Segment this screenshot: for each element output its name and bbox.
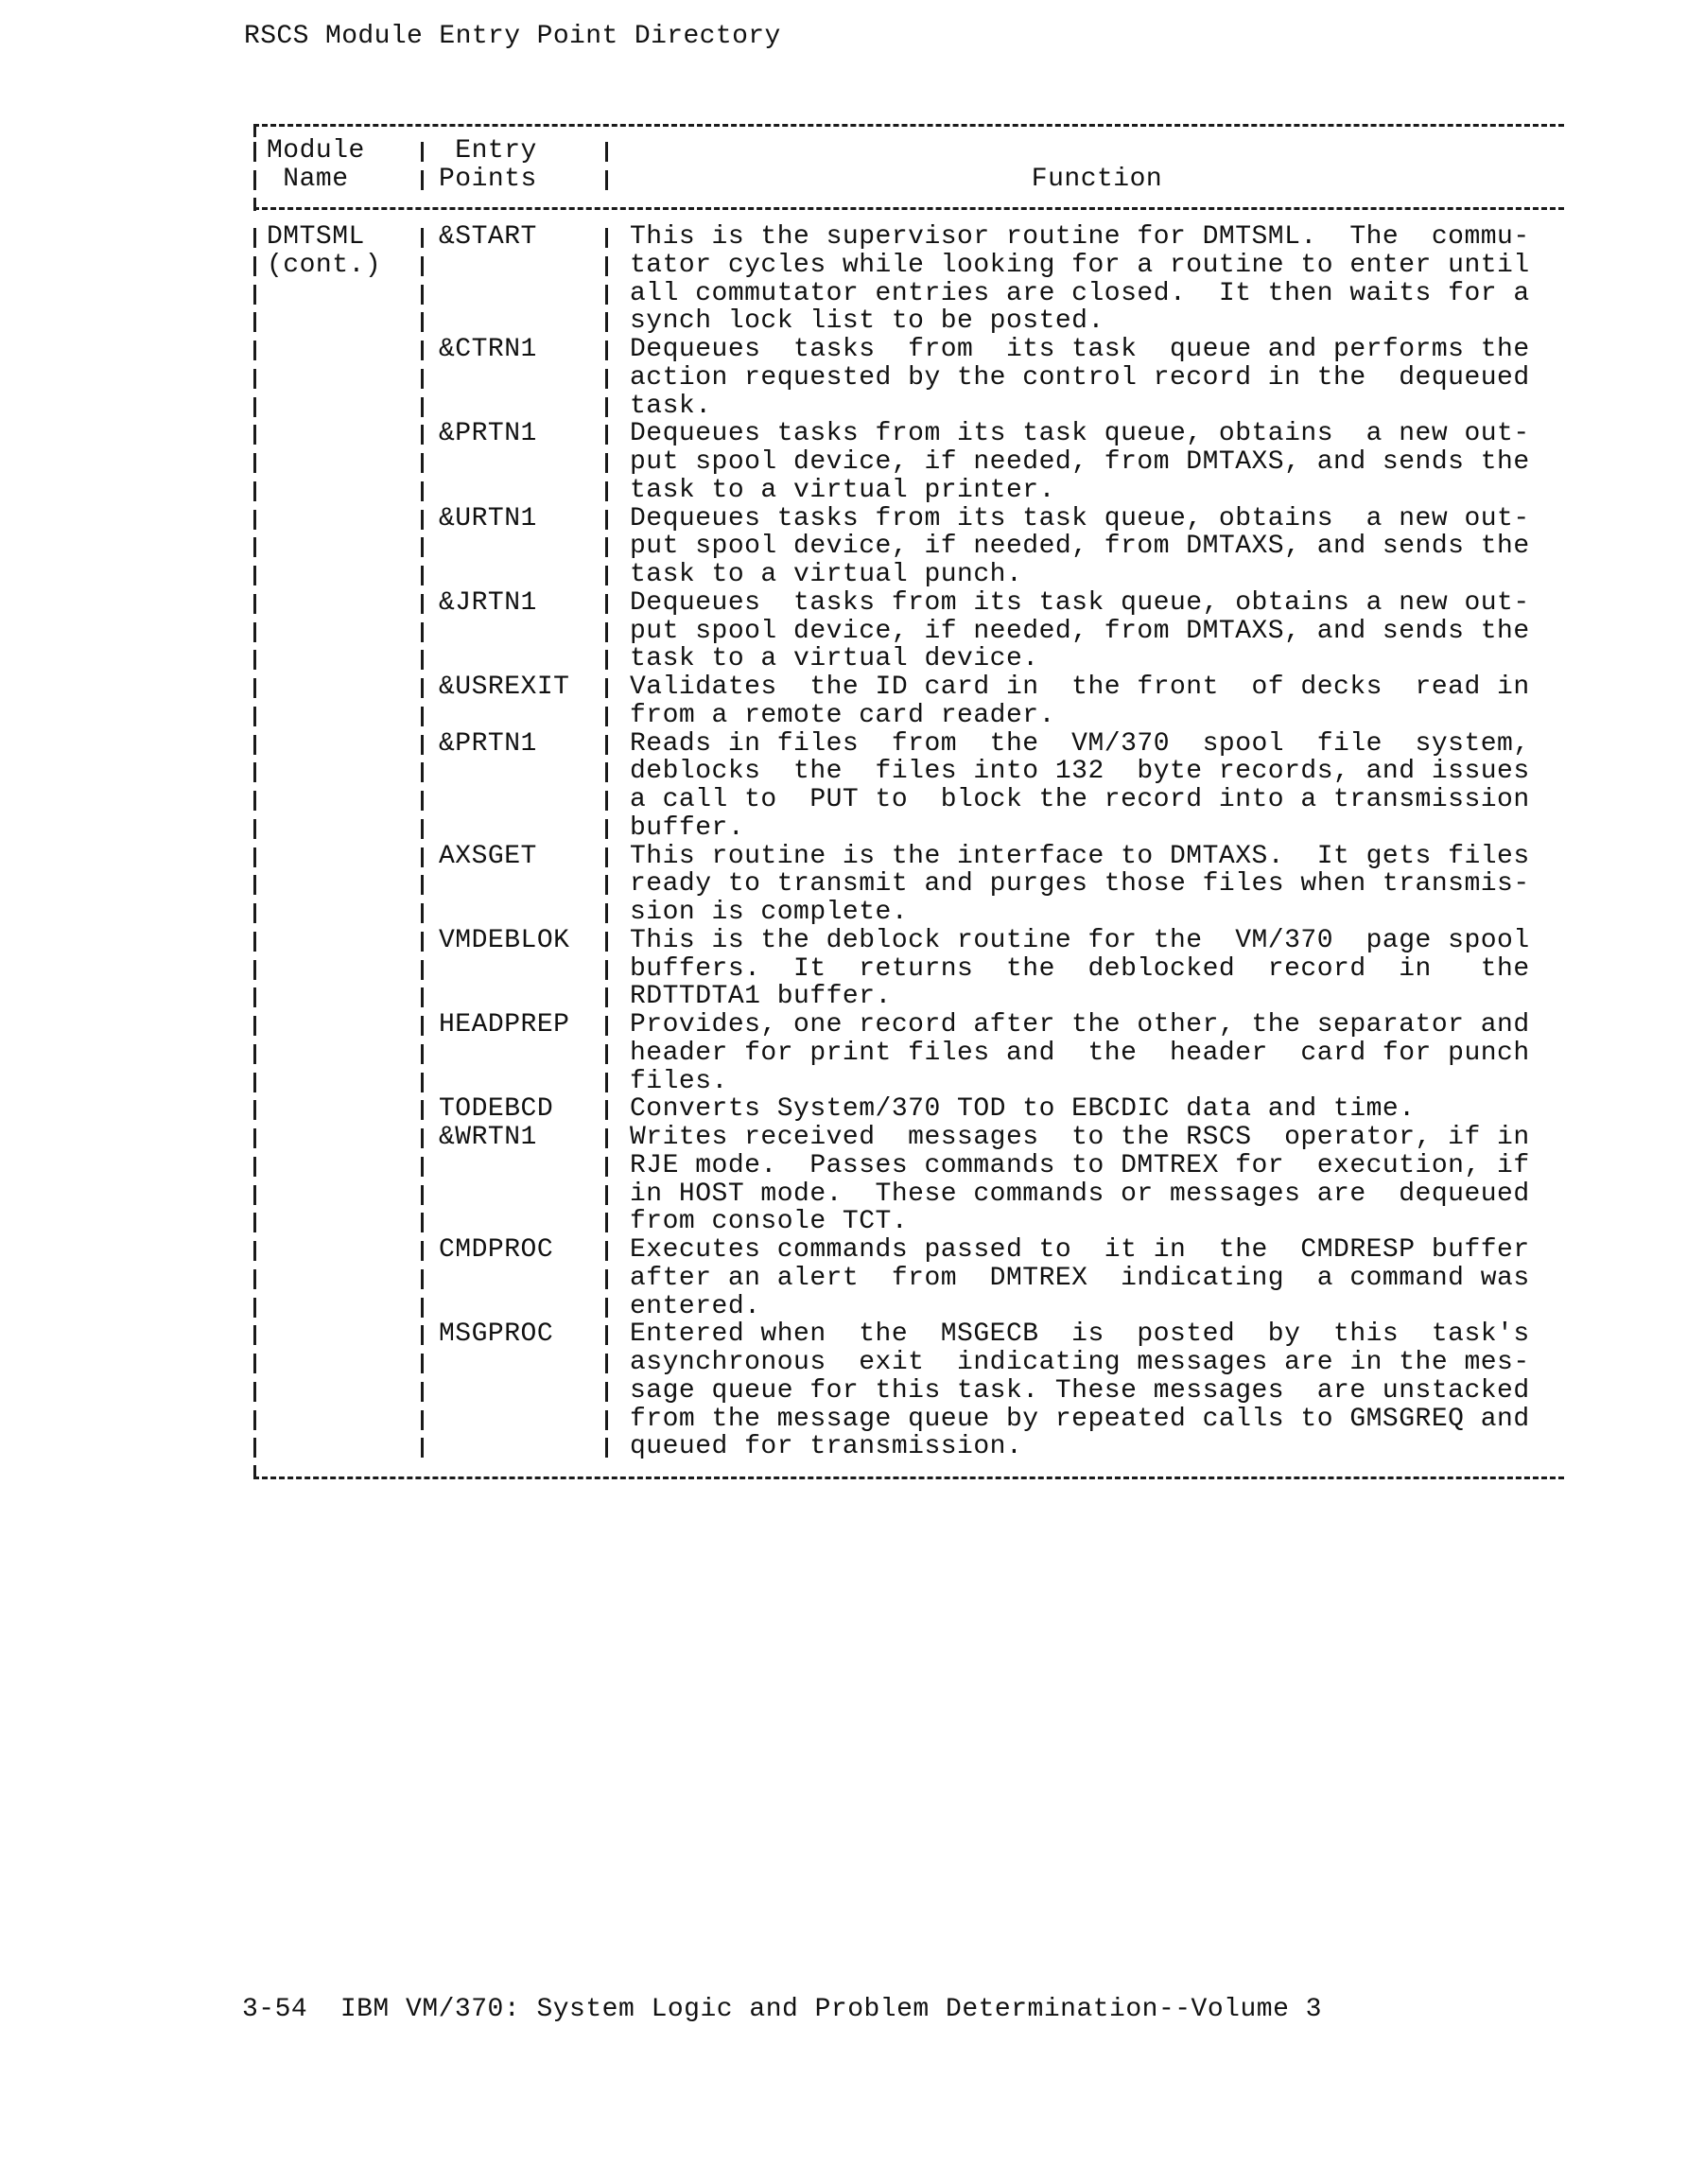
function-text-cell: Reads in files from the VM/370 spool fil… (630, 730, 1530, 759)
column-divider (421, 650, 424, 670)
column-divider (421, 170, 424, 190)
column-divider (253, 1410, 256, 1430)
column-divider (605, 650, 608, 670)
column-divider (605, 481, 608, 501)
column-divider (605, 791, 608, 811)
column-divider (421, 285, 424, 305)
table-row: task to a virtual printer. (253, 477, 1564, 505)
column-divider (421, 791, 424, 811)
column-divider (421, 1325, 424, 1345)
function-text-cell: Writes received messages to the RSCS ope… (630, 1124, 1530, 1152)
table-row: task. (253, 393, 1564, 421)
column-divider (605, 341, 608, 360)
table-row: CMDPROCExecutes commands passed to it in… (253, 1236, 1564, 1265)
column-divider (253, 453, 256, 473)
column-divider (253, 1354, 256, 1373)
function-text-cell: from the message queue by repeated calls… (630, 1406, 1530, 1434)
column-divider (421, 537, 424, 557)
table-row: from a remote card reader. (253, 702, 1564, 730)
entry-point-cell: MSGPROC (439, 1320, 553, 1349)
table-row: a call to PUT to block the record into a… (253, 786, 1564, 814)
column-divider (421, 142, 424, 162)
column-divider (605, 1073, 608, 1092)
column-divider (421, 369, 424, 389)
column-divider (605, 285, 608, 305)
column-divider (253, 1044, 256, 1064)
function-text-cell: all commutator entries are closed. It th… (630, 280, 1530, 308)
function-text-cell: buffers. It returns the deblocked record… (630, 955, 1530, 984)
column-divider (605, 1157, 608, 1177)
column-divider (253, 1128, 256, 1148)
function-text-cell: sion is complete. (630, 899, 908, 927)
header-function: Function (630, 166, 1564, 194)
function-text-cell: from console TCT. (630, 1208, 908, 1236)
column-divider (253, 1382, 256, 1402)
function-text-cell: Converts System/370 TOD to EBCDIC data a… (630, 1095, 1416, 1124)
table-row: &CTRN1Dequeues tasks from its task queue… (253, 336, 1564, 364)
function-text-cell: RJE mode. Passes commands to DMTREX for … (630, 1152, 1530, 1180)
entry-point-cell: &URTN1 (439, 505, 537, 533)
entry-point-cell: &JRTN1 (439, 589, 537, 618)
table-row: MSGPROCEntered when the MSGECB is posted… (253, 1320, 1564, 1349)
function-text-cell: This routine is the interface to DMTAXS.… (630, 843, 1530, 871)
column-divider (421, 1410, 424, 1430)
column-divider (421, 312, 424, 332)
module-name-cell: DMTSML (267, 223, 365, 252)
column-divider (421, 1438, 424, 1458)
column-divider (253, 1100, 256, 1120)
function-text-cell: a call to PUT to block the record into a… (630, 786, 1530, 814)
table-row: TODEBCDConverts System/370 TOD to EBCDIC… (253, 1095, 1564, 1124)
column-divider (253, 1213, 256, 1232)
column-divider (605, 1044, 608, 1064)
column-divider (605, 622, 608, 642)
table-row: deblocks the files into 132 byte records… (253, 758, 1564, 786)
entry-point-cell: &USREXIT (439, 673, 569, 702)
column-divider (253, 987, 256, 1007)
column-divider (605, 678, 608, 698)
column-divider (253, 256, 256, 276)
function-text-cell: sage queue for this task. These messages… (630, 1377, 1530, 1406)
column-divider (605, 903, 608, 923)
column-divider (421, 453, 424, 473)
table-row: files. (253, 1068, 1564, 1096)
column-divider (605, 1016, 608, 1036)
column-divider (605, 537, 608, 557)
column-divider (253, 1185, 256, 1205)
table-row: sion is complete. (253, 899, 1564, 927)
column-divider (605, 594, 608, 614)
column-divider (605, 397, 608, 417)
function-text-cell: Provides, one record after the other, th… (630, 1011, 1530, 1040)
column-divider (253, 170, 256, 190)
table-row: ready to transmit and purges those files… (253, 870, 1564, 899)
column-divider (253, 537, 256, 557)
column-divider (605, 1354, 608, 1373)
function-text-cell: asynchronous exit indicating messages ar… (630, 1349, 1530, 1377)
column-divider (253, 903, 256, 923)
table-row: DMTSML&STARTThis is the supervisor routi… (253, 223, 1564, 252)
table-row: task to a virtual punch. (253, 561, 1564, 589)
page-footer: 3-54 IBM VM/370: System Logic and Proble… (242, 1996, 1322, 2024)
column-divider (421, 735, 424, 755)
column-divider (253, 481, 256, 501)
table-row: entered. (253, 1293, 1564, 1321)
column-divider (605, 1410, 608, 1430)
header-separator (253, 207, 1564, 210)
table-row: action requested by the control record i… (253, 364, 1564, 393)
column-divider (421, 1100, 424, 1120)
column-divider (253, 369, 256, 389)
entry-point-cell: AXSGET (439, 843, 537, 871)
function-text-cell: Validates the ID card in the front of de… (630, 673, 1530, 702)
column-divider (605, 170, 608, 190)
column-divider (421, 847, 424, 867)
function-text-cell: task to a virtual printer. (630, 477, 1055, 505)
function-text-cell: ready to transmit and purges those files… (630, 870, 1530, 899)
column-divider (421, 341, 424, 360)
column-divider (253, 819, 256, 839)
entry-point-cell: TODEBCD (439, 1095, 553, 1124)
column-divider (253, 791, 256, 811)
table-row: put spool device, if needed, from DMTAXS… (253, 448, 1564, 477)
column-divider (253, 875, 256, 895)
table-row: put spool device, if needed, from DMTAXS… (253, 533, 1564, 561)
table-row: from console TCT. (253, 1208, 1564, 1236)
column-divider (253, 1325, 256, 1345)
function-text-cell: put spool device, if needed, from DMTAXS… (630, 618, 1530, 646)
table-row: after an alert from DMTREX indicating a … (253, 1265, 1564, 1293)
table-row: &PRTN1Reads in files from the VM/370 spo… (253, 730, 1564, 759)
table-row: header for print files and the header ca… (253, 1040, 1564, 1068)
column-divider (421, 1073, 424, 1092)
column-divider (421, 1269, 424, 1289)
column-divider (605, 1241, 608, 1261)
column-divider (421, 397, 424, 417)
column-divider (605, 228, 608, 248)
table-row: AXSGETThis routine is the interface to D… (253, 843, 1564, 871)
function-text-cell: Dequeues tasks from its task queue, obta… (630, 505, 1530, 533)
column-divider (253, 510, 256, 530)
entry-point-cell: &PRTN1 (439, 730, 537, 759)
entry-point-cell: VMDEBLOK (439, 927, 569, 955)
header-entry-line1: Entry (439, 137, 537, 166)
table-row: (cont.)tator cycles while looking for a … (253, 252, 1564, 280)
function-text-cell: This is the deblock routine for the VM/3… (630, 927, 1530, 955)
function-text-cell: task to a virtual punch. (630, 561, 1022, 589)
column-divider (421, 481, 424, 501)
column-divider (605, 819, 608, 839)
column-divider (605, 312, 608, 332)
header-row-2: Name Points Function (253, 166, 1564, 194)
column-divider (605, 960, 608, 980)
function-text-cell: Dequeues tasks from its task queue, obta… (630, 420, 1530, 448)
table-corner-top-left (253, 124, 256, 137)
column-divider (605, 932, 608, 952)
column-divider (421, 819, 424, 839)
function-text-cell: deblocks the files into 132 byte records… (630, 758, 1530, 786)
table-row: in HOST mode. These commands or messages… (253, 1180, 1564, 1209)
column-divider (605, 1382, 608, 1402)
column-divider (605, 369, 608, 389)
table-row: buffer. (253, 814, 1564, 843)
column-divider (253, 678, 256, 698)
column-divider (605, 1100, 608, 1120)
table-row: buffers. It returns the deblocked record… (253, 955, 1564, 984)
table-row: RJE mode. Passes commands to DMTREX for … (253, 1152, 1564, 1180)
column-divider (605, 256, 608, 276)
column-divider (253, 932, 256, 952)
entry-point-cell: &START (439, 223, 537, 252)
table-row: all commutator entries are closed. It th… (253, 280, 1564, 308)
column-divider (253, 312, 256, 332)
column-divider (421, 932, 424, 952)
header-row-1: Module Entry (253, 137, 1564, 166)
table-row: HEADPREPProvides, one record after the o… (253, 1011, 1564, 1040)
column-divider (253, 1157, 256, 1177)
column-divider (253, 228, 256, 248)
entry-point-cell: CMDPROC (439, 1236, 553, 1265)
column-divider (421, 256, 424, 276)
column-divider (253, 622, 256, 642)
column-divider (421, 1241, 424, 1261)
function-text-cell: Dequeues tasks from its task queue, obta… (630, 589, 1530, 618)
column-divider (421, 1157, 424, 1177)
function-text-cell: from a remote card reader. (630, 702, 1055, 730)
function-text-cell: queued for transmission. (630, 1433, 1022, 1461)
entry-point-table: Module Entry Name Points Function DMTSML… (253, 124, 1564, 1478)
column-divider (421, 594, 424, 614)
column-divider (605, 847, 608, 867)
entry-point-cell: &WRTN1 (439, 1124, 537, 1152)
column-divider (605, 566, 608, 585)
table-row: &WRTN1Writes received messages to the RS… (253, 1124, 1564, 1152)
table-row: VMDEBLOKThis is the deblock routine for … (253, 927, 1564, 955)
column-divider (605, 142, 608, 162)
column-divider (605, 1269, 608, 1289)
column-divider (605, 1213, 608, 1232)
table-row: asynchronous exit indicating messages ar… (253, 1349, 1564, 1377)
table-row: RDTTDTA1 buffer. (253, 983, 1564, 1011)
header-module-line1: Module (267, 137, 365, 166)
column-divider (253, 650, 256, 670)
entry-point-cell: &CTRN1 (439, 336, 537, 364)
column-divider (253, 594, 256, 614)
column-divider (605, 1128, 608, 1148)
function-text-cell: task. (630, 393, 712, 421)
column-divider (253, 1073, 256, 1092)
column-divider (421, 987, 424, 1007)
column-divider (605, 1438, 608, 1458)
column-divider (605, 707, 608, 726)
column-divider (605, 735, 608, 755)
column-divider (421, 1298, 424, 1318)
table-row: &PRTN1Dequeues tasks from its task queue… (253, 420, 1564, 448)
column-divider (605, 1325, 608, 1345)
column-divider (605, 762, 608, 782)
header-module-line2: Name (267, 166, 349, 194)
column-divider (253, 735, 256, 755)
function-text-cell: tator cycles while looking for a routine… (630, 252, 1530, 280)
function-text-cell: This is the supervisor routine for DMTSM… (630, 223, 1530, 252)
column-divider (253, 847, 256, 867)
column-divider (253, 1438, 256, 1458)
column-divider (605, 875, 608, 895)
column-divider (421, 678, 424, 698)
column-divider (421, 425, 424, 445)
column-divider (253, 762, 256, 782)
column-divider (253, 566, 256, 585)
column-divider (421, 875, 424, 895)
column-divider (421, 903, 424, 923)
column-divider (253, 1269, 256, 1289)
column-divider (605, 510, 608, 530)
page-title: RSCS Module Entry Point Directory (244, 23, 781, 51)
column-divider (253, 707, 256, 726)
column-divider (605, 1185, 608, 1205)
column-divider (253, 341, 256, 360)
table-row: queued for transmission. (253, 1433, 1564, 1461)
column-divider (421, 1185, 424, 1205)
column-divider (253, 285, 256, 305)
table-row: synch lock list to be posted. (253, 307, 1564, 336)
function-text-cell: entered. (630, 1293, 760, 1321)
column-divider (605, 1298, 608, 1318)
column-divider (605, 425, 608, 445)
column-divider (421, 228, 424, 248)
function-text-cell: files. (630, 1068, 728, 1096)
table-row: &URTN1Dequeues tasks from its task queue… (253, 505, 1564, 533)
function-text-cell: Dequeues tasks from its task queue and p… (630, 336, 1530, 364)
function-text-cell: RDTTDTA1 buffer. (630, 983, 892, 1011)
column-divider (421, 622, 424, 642)
function-text-cell: Executes commands passed to it in the CM… (630, 1236, 1530, 1265)
table-bottom-border (253, 1476, 1564, 1479)
column-divider (421, 1213, 424, 1232)
function-text-cell: after an alert from DMTREX indicating a … (630, 1265, 1530, 1293)
function-text-cell: action requested by the control record i… (630, 364, 1530, 393)
module-name-cell: (cont.) (267, 252, 381, 280)
function-text-cell: Entered when the MSGECB is posted by thi… (630, 1320, 1530, 1349)
function-text-cell: buffer. (630, 814, 744, 843)
table-row: put spool device, if needed, from DMTAXS… (253, 618, 1564, 646)
column-divider (421, 1128, 424, 1148)
column-divider (253, 1241, 256, 1261)
column-divider (253, 142, 256, 162)
column-divider (421, 762, 424, 782)
function-text-cell: task to a virtual device. (630, 645, 1039, 673)
column-divider (253, 1016, 256, 1036)
column-divider (253, 397, 256, 417)
table-row: sage queue for this task. These messages… (253, 1377, 1564, 1406)
column-divider (421, 1044, 424, 1064)
function-text-cell: in HOST mode. These commands or messages… (630, 1180, 1530, 1209)
column-divider (421, 510, 424, 530)
column-divider (421, 1016, 424, 1036)
column-divider (421, 566, 424, 585)
table-top-border (253, 124, 1564, 127)
entry-point-cell: HEADPREP (439, 1011, 569, 1040)
column-divider (421, 707, 424, 726)
column-divider (605, 453, 608, 473)
function-text-cell: synch lock list to be posted. (630, 307, 1104, 336)
header-entry-line2: Points (439, 166, 537, 194)
entry-point-cell: &PRTN1 (439, 420, 537, 448)
column-divider (253, 425, 256, 445)
column-divider (421, 1354, 424, 1373)
function-text-cell: header for print files and the header ca… (630, 1040, 1530, 1068)
column-divider (421, 1382, 424, 1402)
column-divider (605, 987, 608, 1007)
column-divider (253, 1298, 256, 1318)
table-row: from the message queue by repeated calls… (253, 1406, 1564, 1434)
function-text-cell: put spool device, if needed, from DMTAXS… (630, 448, 1530, 477)
table-row: &USREXITValidates the ID card in the fro… (253, 673, 1564, 702)
table-row: task to a virtual device. (253, 645, 1564, 673)
column-divider (253, 960, 256, 980)
column-divider (421, 960, 424, 980)
table-row: &JRTN1Dequeues tasks from its task queue… (253, 589, 1564, 618)
function-text-cell: put spool device, if needed, from DMTAXS… (630, 533, 1530, 561)
